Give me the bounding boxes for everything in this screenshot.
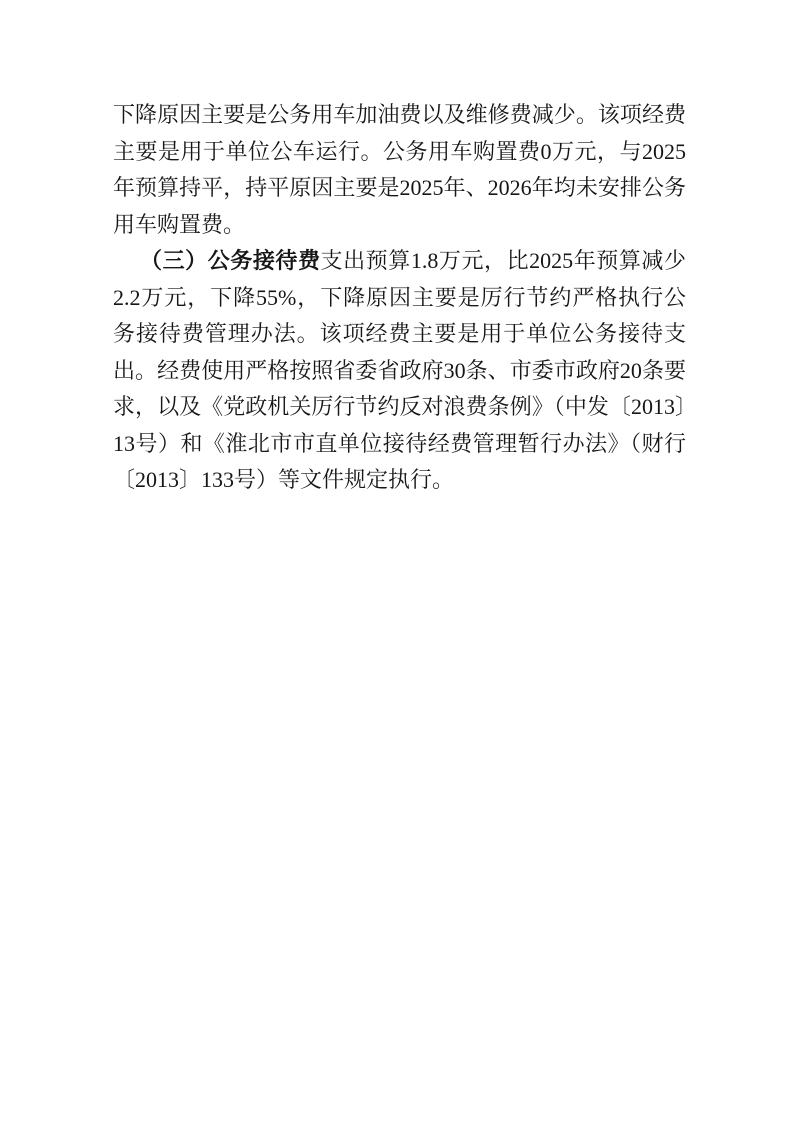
text-run: 下降原因主要是公务用车加油费以及维修费减少。该项经费主要是用于单位公车运行。公务…: [113, 102, 686, 237]
document-page: 下降原因主要是公务用车加油费以及维修费减少。该项经费主要是用于单位公车运行。公务…: [0, 0, 793, 1122]
paragraph-official-reception-expense: （三）公务接待费支出预算1.8万元，比2025年预算减少2.2万元，下降55%，…: [113, 243, 686, 499]
paragraph-vehicle-expense: 下降原因主要是公务用车加油费以及维修费减少。该项经费主要是用于单位公车运行。公务…: [113, 97, 686, 243]
document-body: 下降原因主要是公务用车加油费以及维修费减少。该项经费主要是用于单位公车运行。公务…: [113, 97, 686, 499]
text-run: 支出预算1.8万元，比2025年预算减少2.2万元，下降55%，下降原因主要是厉…: [113, 248, 686, 492]
bold-heading-run: （三）公务接待费: [140, 248, 321, 273]
